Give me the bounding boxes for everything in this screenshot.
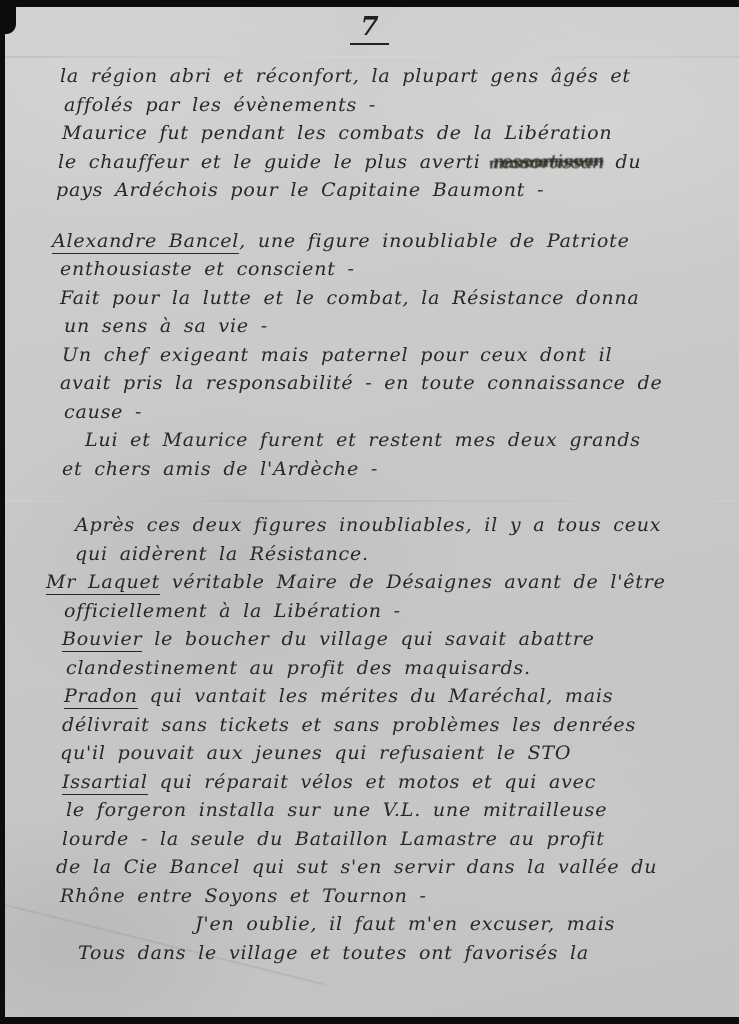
scribbled-out-word: ressortissan — [492, 151, 603, 173]
handwritten-line-27: de la Cie Bancel qui sut s'en servir dan… — [56, 853, 739, 882]
handwritten-line-22: délivrait sans tickets et sans problèmes… — [62, 711, 739, 740]
handwritten-line-1: la région abri et réconfort, la plupart … — [60, 62, 739, 91]
handwritten-line-7: enthousiaste et conscient - — [60, 255, 739, 284]
scan-edge-left — [0, 0, 5, 1024]
underlined-name-laquet: Mr Laquet — [46, 571, 160, 595]
handwritten-line-18: officiellement à la Libération - — [64, 597, 739, 626]
handwritten-line-10: Un chef exigeant mais paternel pour ceux… — [62, 341, 739, 370]
handwritten-line-29: J'en oublie, il faut m'en excuser, mais — [195, 910, 739, 939]
handwritten-line-23: qu'il pouvait aux jeunes qui refusaient … — [60, 739, 739, 768]
handwritten-line-15: Après ces deux figures inoubliables, il … — [75, 511, 739, 540]
underlined-name-alexandre-bancel: Alexandre Bancel — [52, 230, 239, 254]
handwritten-line-24: Issartial qui réparait vélos et motos et… — [62, 768, 739, 797]
handwritten-line-20: clandestinement au profit des maquisards… — [66, 654, 739, 683]
handwritten-line-28: Rhône entre Soyons et Tournon - — [60, 882, 739, 911]
handwritten-line-16: qui aidèrent la Résistance. — [75, 540, 739, 569]
handwritten-line-12: cause - — [64, 398, 739, 427]
handwritten-line-21: Pradon qui vantait les mérites du Maréch… — [64, 682, 739, 711]
handwritten-line-30: Tous dans le village et toutes ont favor… — [78, 939, 739, 968]
handwritten-line-11: avait pris la responsabilité - en toute … — [60, 369, 739, 398]
handwritten-line-6: Alexandre Bancel, une figure inoubliable… — [52, 227, 739, 256]
underlined-name-issartial: Issartial — [62, 771, 148, 795]
handwritten-text-block: la région abri et réconfort, la plupart … — [0, 62, 739, 967]
scan-edge-bottom — [0, 1017, 739, 1024]
handwritten-line-2: affolés par les évènements - — [64, 91, 739, 120]
handwritten-line-3: Maurice fut pendant les combats de la Li… — [62, 119, 739, 148]
handwritten-line-4: le chauffeur et le guide le plus averti … — [58, 148, 739, 177]
handwritten-line-26: lourde - la seule du Bataillon Lamastre … — [62, 825, 739, 854]
scan-edge-top — [0, 0, 739, 7]
paper-crease — [0, 56, 739, 58]
handwritten-line-14: et chers amis de l'Ardèche - — [62, 455, 739, 484]
handwritten-line-5: pays Ardéchois pour le Capitaine Baumont… — [56, 176, 739, 205]
page-number: 7 — [350, 12, 388, 45]
handwritten-line-19: Bouvier le boucher du village qui savait… — [62, 625, 739, 654]
handwritten-line-13: Lui et Maurice furent et restent mes deu… — [85, 426, 739, 455]
handwritten-line-9: un sens à sa vie - — [64, 312, 739, 341]
page-header: 7 — [0, 12, 739, 45]
handwritten-line-17: Mr Laquet véritable Maire de Désaignes a… — [46, 568, 739, 597]
scanned-page: 7 la région abri et réconfort, la plupar… — [0, 0, 739, 1024]
underlined-name-pradon: Pradon — [64, 685, 138, 709]
handwritten-line-25: le forgeron installa sur une V.L. une mi… — [66, 796, 739, 825]
handwritten-line-8: Fait pour la lutte et le combat, la Rési… — [60, 284, 739, 313]
underlined-name-bouvier: Bouvier — [62, 628, 142, 652]
scan-edge-corner — [0, 0, 16, 34]
